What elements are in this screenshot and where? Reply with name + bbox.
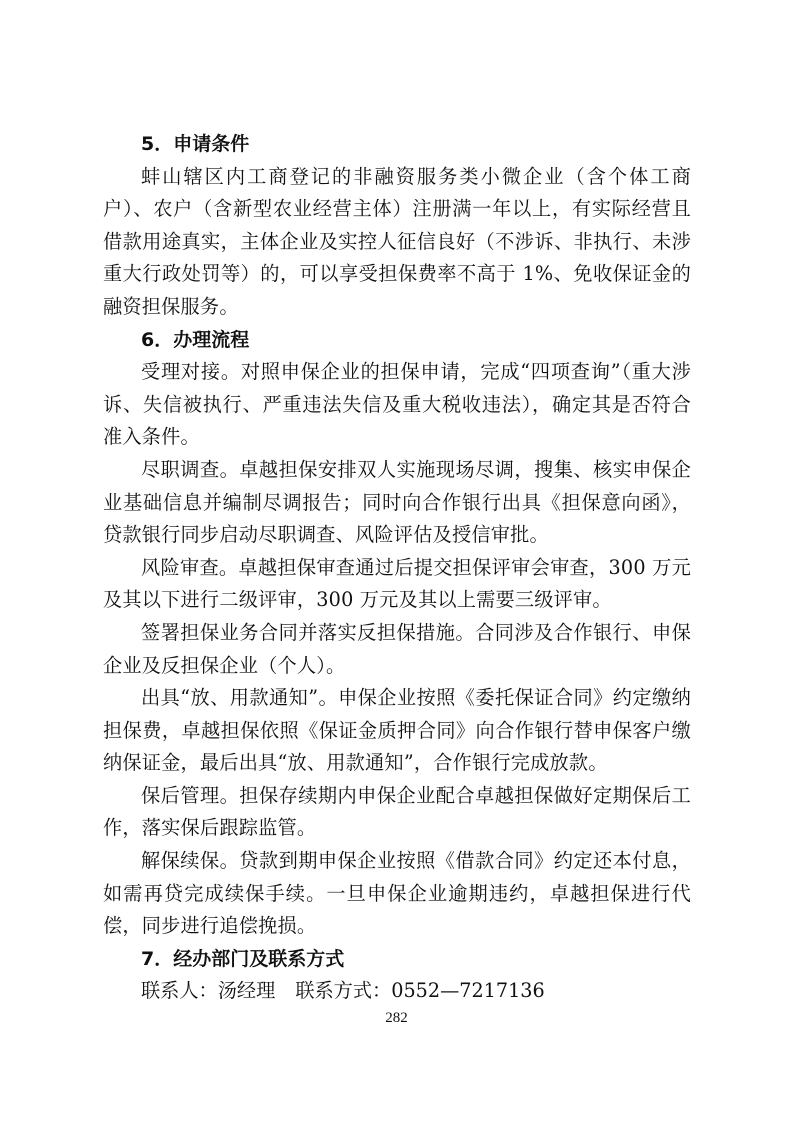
contact-person: 联系人：汤经理 — [141, 979, 275, 1002]
contact-phone: 联系方式：0552—7217136 — [295, 979, 544, 1002]
contact-line: 联系人：汤经理联系方式：0552—7217136 — [103, 975, 691, 1008]
paragraph-risk-review: 风险审查。卓越担保审查通过后提交担保评审会审查，300 万元及其以下进行二级评审… — [103, 552, 691, 617]
section-heading-contact: 7．经办部门及联系方式 — [103, 943, 691, 976]
paragraph-loan-notice: 出具“放、用款通知”。申保企业按照《委托保证合同》约定缴纳担保费，卓越担保依照《… — [103, 682, 691, 780]
section-heading-application-conditions: 5．申请条件 — [103, 128, 691, 161]
paragraph-contract-signing: 签署担保业务合同并落实反担保措施。合同涉及合作银行、申保企业及反担保企业（个人）… — [103, 617, 691, 682]
paragraph-release-renewal: 解保续保。贷款到期申保企业按照《借款合同》约定还本付息，如需再贷完成续保手续。一… — [103, 845, 691, 943]
document-page: 5．申请条件 蚌山辖区内工商登记的非融资服务类小微企业（含个体工商户）、农户（含… — [103, 128, 691, 1008]
paragraph-post-management: 保后管理。担保存续期内申保企业配合卓越担保做好定期保后工作，落实保后跟踪监管。 — [103, 780, 691, 845]
page-number: 282 — [0, 1010, 793, 1027]
paragraph-acceptance: 受理对接。对照申保企业的担保申请，完成“四项查询”（重大涉诉、失信被执行、严重违… — [103, 356, 691, 454]
section-heading-process: 6．办理流程 — [103, 324, 691, 357]
paragraph-due-diligence: 尽职调查。卓越担保安排双人实施现场尽调，搜集、核实申保企业基础信息并编制尽调报告… — [103, 454, 691, 552]
paragraph-conditions: 蚌山辖区内工商登记的非融资服务类小微企业（含个体工商户）、农户（含新型农业经营主… — [103, 161, 691, 324]
